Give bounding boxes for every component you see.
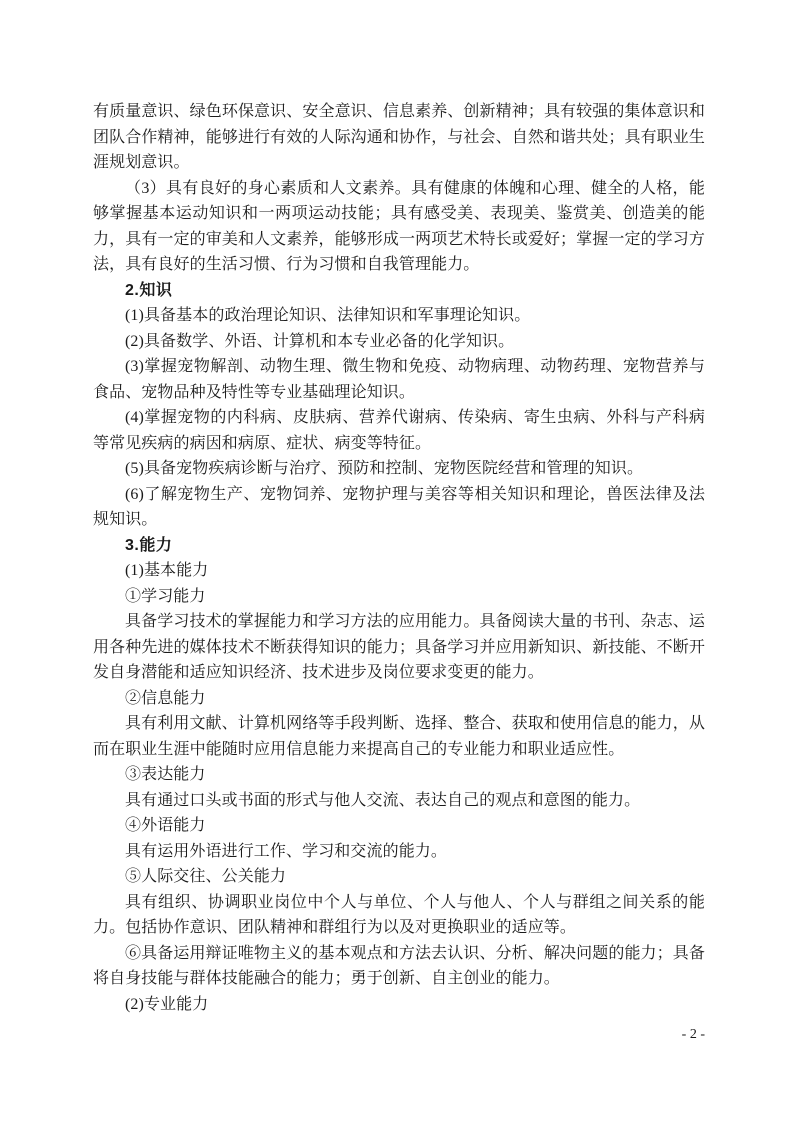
page-number: - 2 - <box>682 1026 705 1044</box>
ability-information-text: 具有利用文献、计算机网络等手段判断、选择、整合、获取和使用信息的能力，从而在职业… <box>93 711 705 762</box>
knowledge-item-2: (2)具备数学、外语、计算机和本专业必备的化学知识。 <box>93 329 705 355</box>
ability-basic-label: (1)基本能力 <box>93 558 705 584</box>
document-page: 有质量意识、绿色环保意识、安全意识、信息素养、创新精神；具有较强的集体意识和团队… <box>0 0 793 1122</box>
ability-dialectical-text: ⑥具备运用辩证唯物主义的基本观点和方法去认识、分析、解决问题的能力；具备将自身技… <box>93 941 705 992</box>
ability-interpersonal-text: 具有组织、协调职业岗位中个人与单位、个人与他人、个人与群组之间关系的能力。包括协… <box>93 890 705 941</box>
knowledge-item-5: (5)具备宠物疾病诊断与治疗、预防和控制、宠物医院经营和管理的知识。 <box>93 456 705 482</box>
heading-knowledge: 2.知识 <box>93 278 705 304</box>
knowledge-item-4: (4)掌握宠物的内科病、皮肤病、营养代谢病、传染病、寄生虫病、外科与产科病等常见… <box>93 405 705 456</box>
ability-information-label: ②信息能力 <box>93 686 705 712</box>
heading-ability: 3.能力 <box>93 533 705 559</box>
ability-interpersonal-label: ⑤人际交往、公关能力 <box>93 864 705 890</box>
ability-learning-label: ①学习能力 <box>93 584 705 610</box>
document-body: 有质量意识、绿色环保意识、安全意识、信息素养、创新精神；具有较强的集体意识和团队… <box>93 99 705 1017</box>
ability-professional-label: (2)专业能力 <box>93 992 705 1018</box>
knowledge-item-3: (3)掌握宠物解剖、动物生理、微生物和免疫、动物病理、动物药理、宠物营养与食品、… <box>93 354 705 405</box>
ability-expression-text: 具有通过口头或书面的形式与他人交流、表达自己的观点和意图的能力。 <box>93 788 705 814</box>
ability-learning-text: 具备学习技术的掌握能力和学习方法的应用能力。具备阅读大量的书刊、杂志、运用各种先… <box>93 609 705 686</box>
ability-foreign-language-text: 具有运用外语进行工作、学习和交流的能力。 <box>93 839 705 865</box>
ability-foreign-language-label: ④外语能力 <box>93 813 705 839</box>
knowledge-item-6: (6)了解宠物生产、宠物饲养、宠物护理与美容等相关知识和理论，兽医法律及法规知识… <box>93 482 705 533</box>
paragraph-continuation: 有质量意识、绿色环保意识、安全意识、信息素养、创新精神；具有较强的集体意识和团队… <box>93 99 705 176</box>
knowledge-item-1: (1)具备基本的政治理论知识、法律知识和军事理论知识。 <box>93 303 705 329</box>
ability-expression-label: ③表达能力 <box>93 762 705 788</box>
paragraph-item-3-physical: （3）具有良好的身心素质和人文素养。具有健康的体魄和心理、健全的人格，能够掌握基… <box>93 176 705 278</box>
